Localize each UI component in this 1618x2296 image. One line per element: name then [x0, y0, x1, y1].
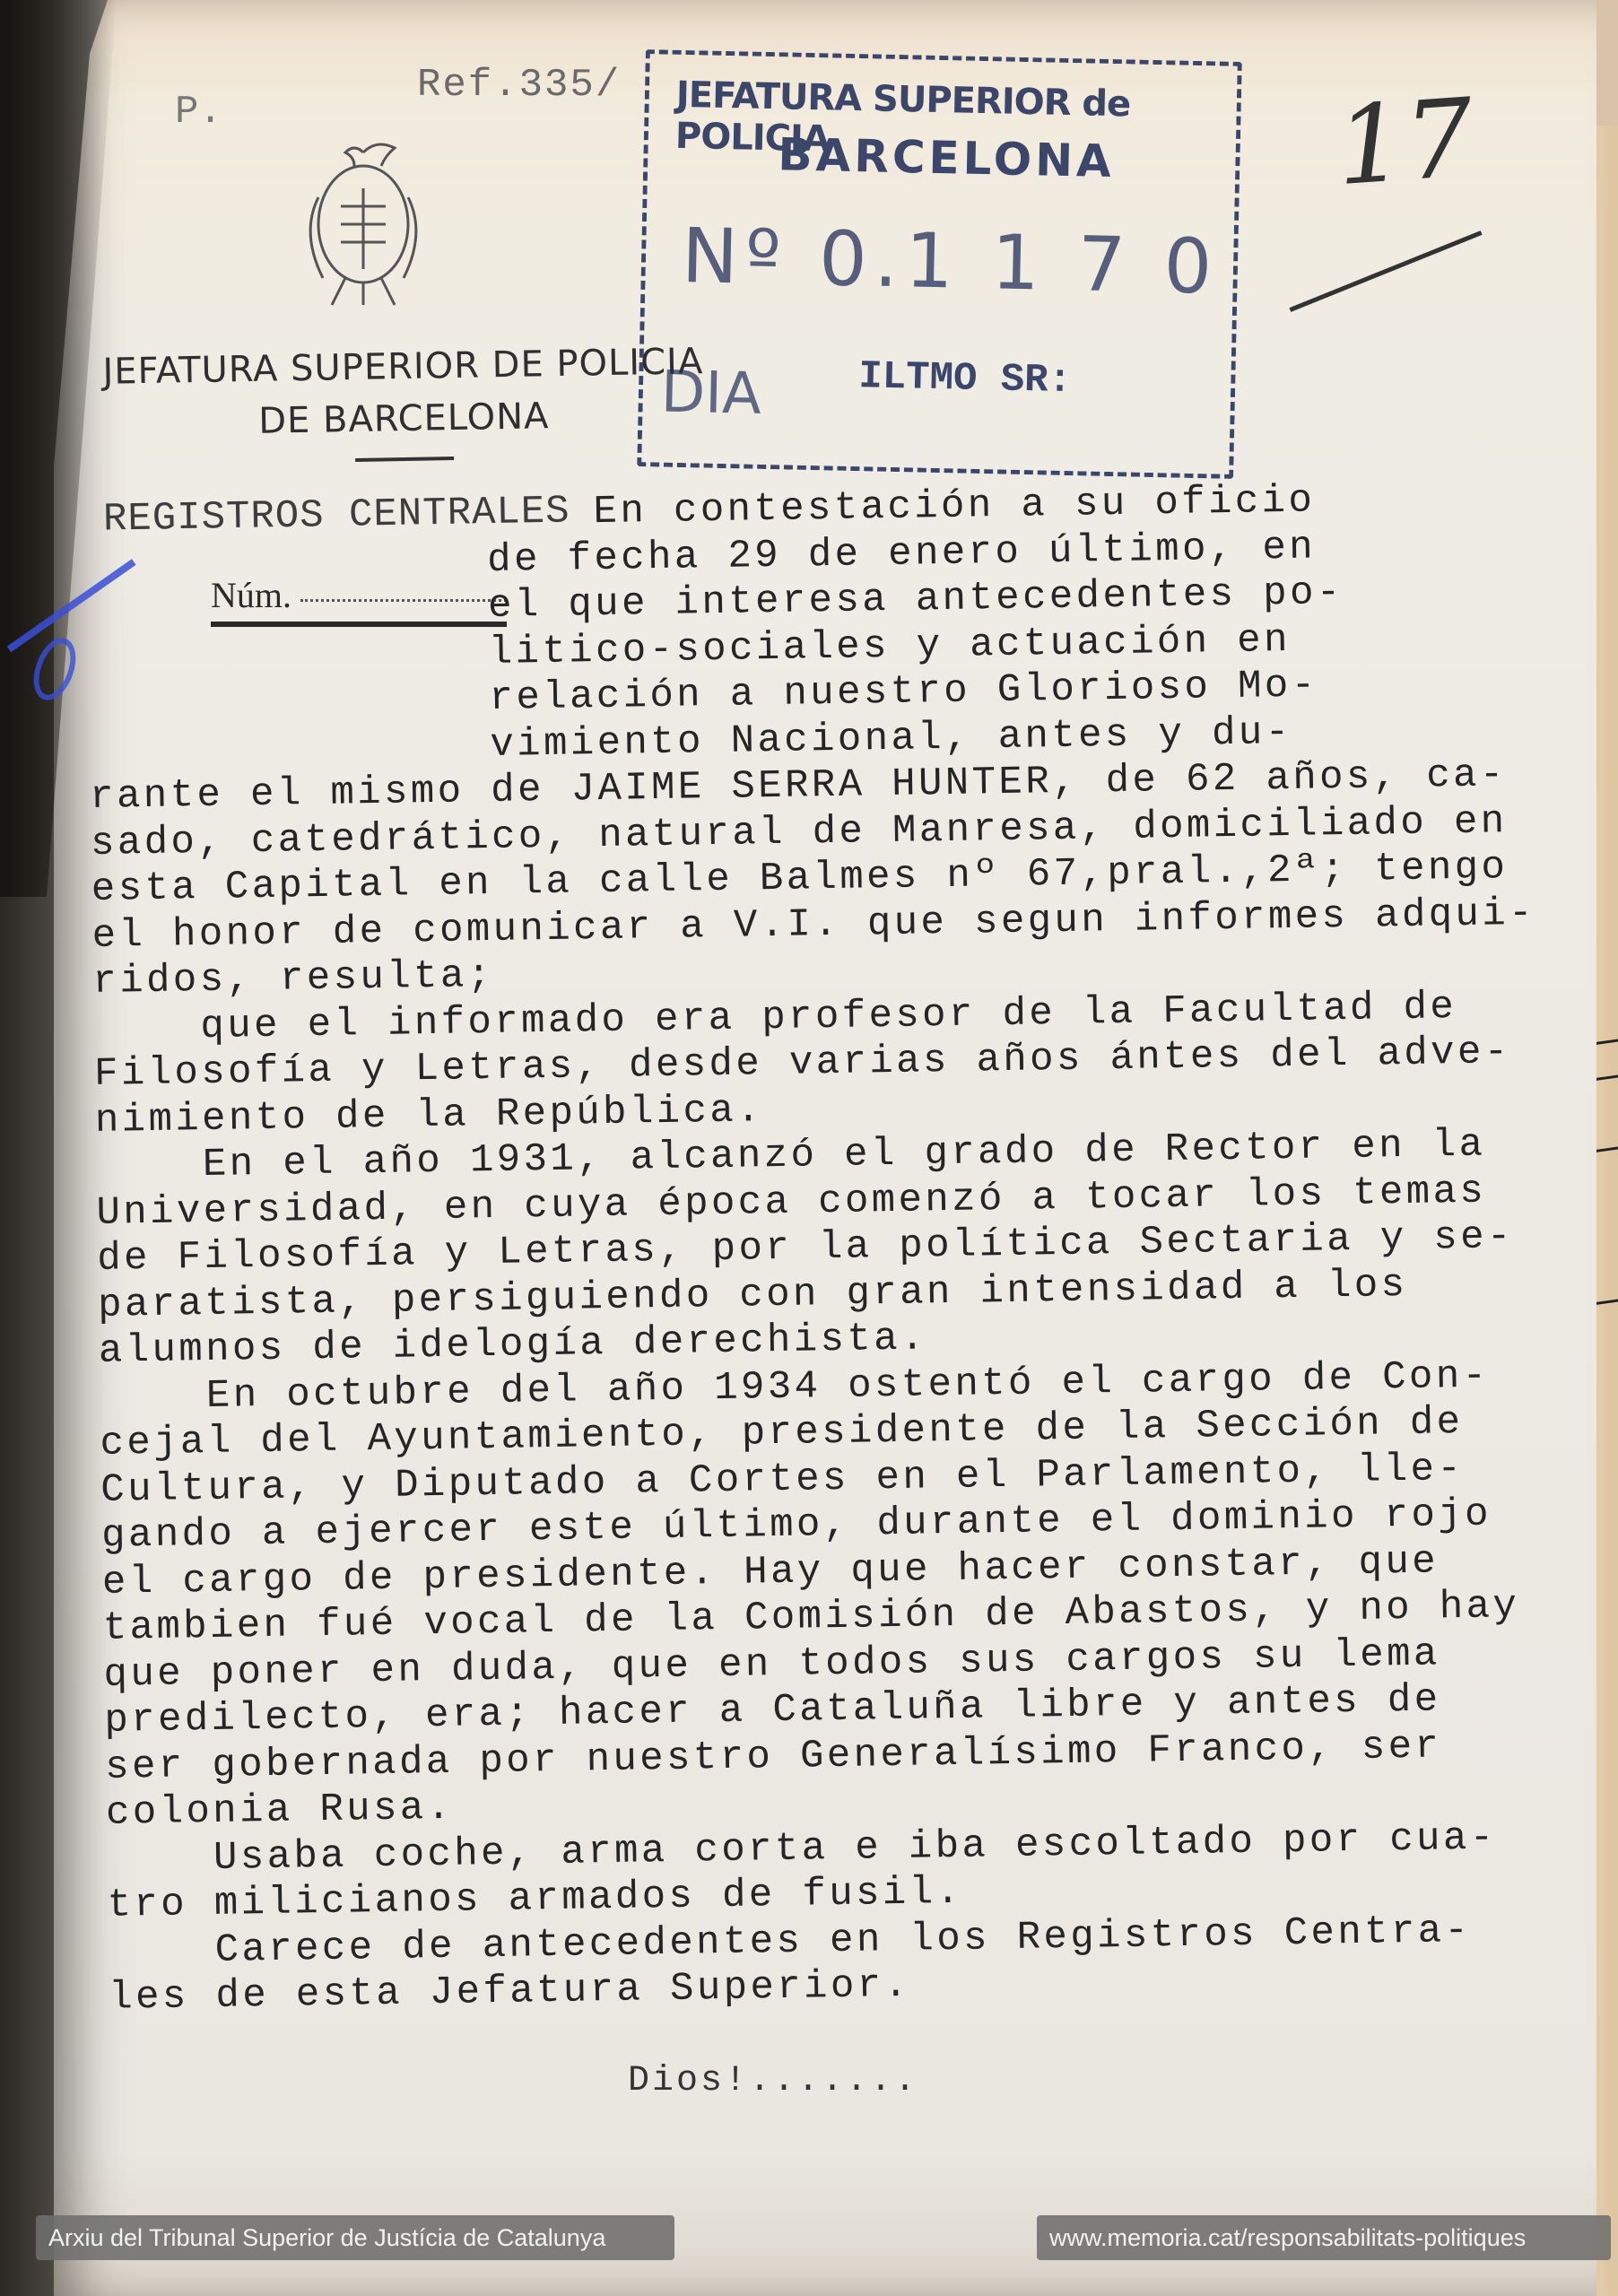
- folio-number: 17: [1332, 76, 1477, 210]
- addressee: ILTMO SR:: [858, 354, 1073, 404]
- stamp-number-label: Nº: [681, 212, 788, 301]
- stamp-number-value: 0.1 1 7 0: [818, 214, 1220, 310]
- letterhead-line-1: JEFATURA SUPERIOR DE POLICIA: [89, 335, 718, 398]
- stamp-line-2: BARCELONA: [778, 128, 1115, 187]
- registry-stamp: JEFATURA SUPERIOR de POLICIA BARCELONA N…: [637, 49, 1242, 479]
- website-caption[interactable]: www.memoria.cat/responsabilitats-politiq…: [1037, 2215, 1611, 2260]
- closing-salutation: Dios!.......: [628, 2061, 918, 2101]
- stamp-number: Nº 0.1 1 7 0: [681, 212, 1220, 311]
- letterhead-line-2: DE BARCELONA: [90, 387, 718, 450]
- source-caption: Arxiu del Tribunal Superior de Justícia …: [36, 2215, 674, 2260]
- reference-number: Ref.335/: [417, 63, 621, 108]
- stamp-day-label: DIA: [660, 360, 761, 428]
- margin-letter: P.: [175, 90, 222, 135]
- letter-body: En contestación a su oficio de fecha 29 …: [85, 474, 1588, 2022]
- letterhead: JEFATURA SUPERIOR DE POLICIA DE BARCELON…: [89, 335, 718, 466]
- eagle-coat-of-arms-icon: [291, 135, 435, 314]
